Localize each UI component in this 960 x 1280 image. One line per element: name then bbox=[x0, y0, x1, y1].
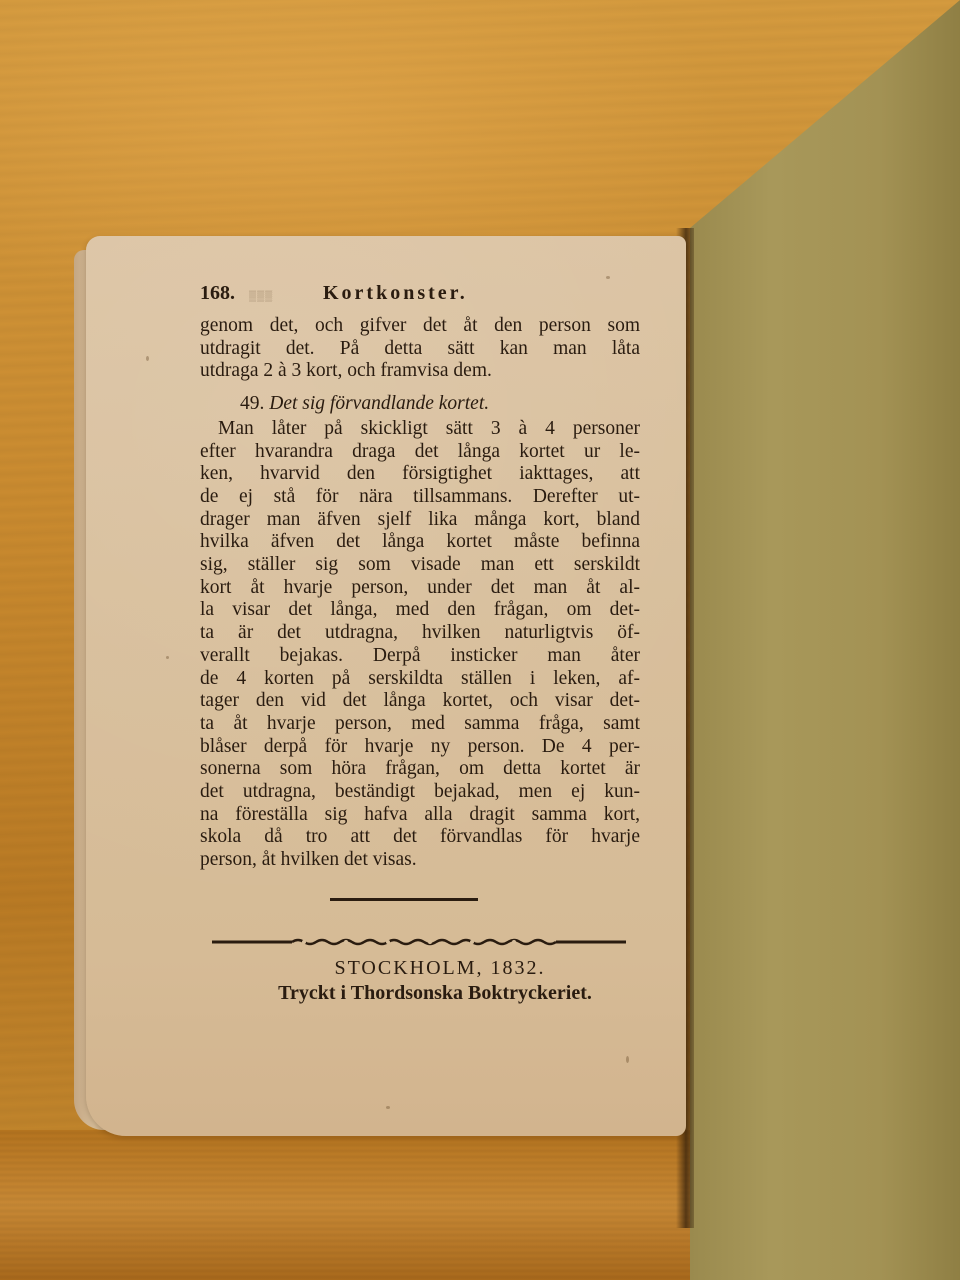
text-line: ken, hvarvid den försigtighet iakttages,… bbox=[200, 463, 640, 486]
imprint-printer: Tryckt i Thordsonska Boktryckeriet. bbox=[230, 982, 640, 1005]
running-head: 168. ▒▒▒ Kortkonster. bbox=[200, 282, 640, 305]
text-block: 168. ▒▒▒ Kortkonster. genom det, och gif… bbox=[200, 276, 640, 1005]
text-line: person, åt hvilken det visas. bbox=[200, 849, 640, 872]
text-line: hvilka äfven det långa kortet måste befi… bbox=[200, 531, 640, 554]
text-line: Man låter på skickligt sätt 3 à 4 person… bbox=[200, 418, 640, 441]
wavy-ornament-icon bbox=[212, 937, 626, 947]
paper-speck bbox=[166, 656, 169, 659]
text-line: sig, ställer sig som visade man ett sers… bbox=[200, 554, 640, 577]
book-page: 168. ▒▒▒ Kortkonster. genom det, och gif… bbox=[86, 236, 686, 1136]
section-number: 49. bbox=[240, 393, 264, 414]
running-title: Kortkonster. bbox=[323, 282, 468, 305]
text-line: det utdragna, beständigt bejakad, men ej… bbox=[200, 781, 640, 804]
text-line: tager den vid det långa kortet, och visa… bbox=[200, 690, 640, 713]
section-title: Det sig förvandlande kortet. bbox=[269, 393, 489, 414]
section-paragraph: Man låter på skickligt sätt 3 à 4 person… bbox=[200, 418, 640, 872]
text-line: skola då tro att det förvandlas för hvar… bbox=[200, 826, 640, 849]
paper-speck bbox=[386, 1106, 390, 1109]
text-line: drager man äfven sjelf lika många kort, … bbox=[200, 509, 640, 532]
paper-speck bbox=[626, 1056, 629, 1063]
text-line: de ej stå för nära tillsammans. Derefter… bbox=[200, 486, 640, 509]
text-line: utdragit det. På detta sätt kan man låta bbox=[200, 338, 640, 361]
continuation-paragraph: genom det, och gifver det åt den person … bbox=[200, 315, 640, 383]
paper-speck bbox=[146, 356, 149, 361]
text-line: kort åt hvarje person, under det man åt … bbox=[200, 577, 640, 600]
text-line: verallt bejakas. Derpå insticker man åte… bbox=[200, 645, 640, 668]
ornamental-rule bbox=[212, 937, 626, 947]
section-heading: 49. Det sig förvandlande kortet. bbox=[240, 393, 640, 416]
text-line: ta är det utdragna, hvilken naturligtvis… bbox=[200, 622, 640, 645]
imprint-city-year: STOCKHOLM, 1832. bbox=[240, 957, 640, 980]
faded-ornament: ▒▒▒ bbox=[249, 291, 309, 302]
text-line: ta åt hvarje person, med samma fråga, sa… bbox=[200, 713, 640, 736]
text-line: sonerna som höra frågan, om detta kortet… bbox=[200, 758, 640, 781]
section-end-rule bbox=[330, 898, 478, 901]
page-number: 168. bbox=[200, 282, 235, 305]
text-line: de 4 korten på serskildta ställen i leke… bbox=[200, 668, 640, 691]
text-line: utdraga 2 à 3 kort, och framvisa dem. bbox=[200, 360, 640, 383]
text-line: la visar det långa, med den frågan, om d… bbox=[200, 599, 640, 622]
text-line: na föreställa sig hafva alla dragit samm… bbox=[200, 804, 640, 827]
text-line: blåser derpå för hvarje ny person. De 4 … bbox=[200, 736, 640, 759]
text-line: efter hvarandra draga det långa kortet u… bbox=[200, 441, 640, 464]
text-line: genom det, och gifver det åt den person … bbox=[200, 315, 640, 338]
